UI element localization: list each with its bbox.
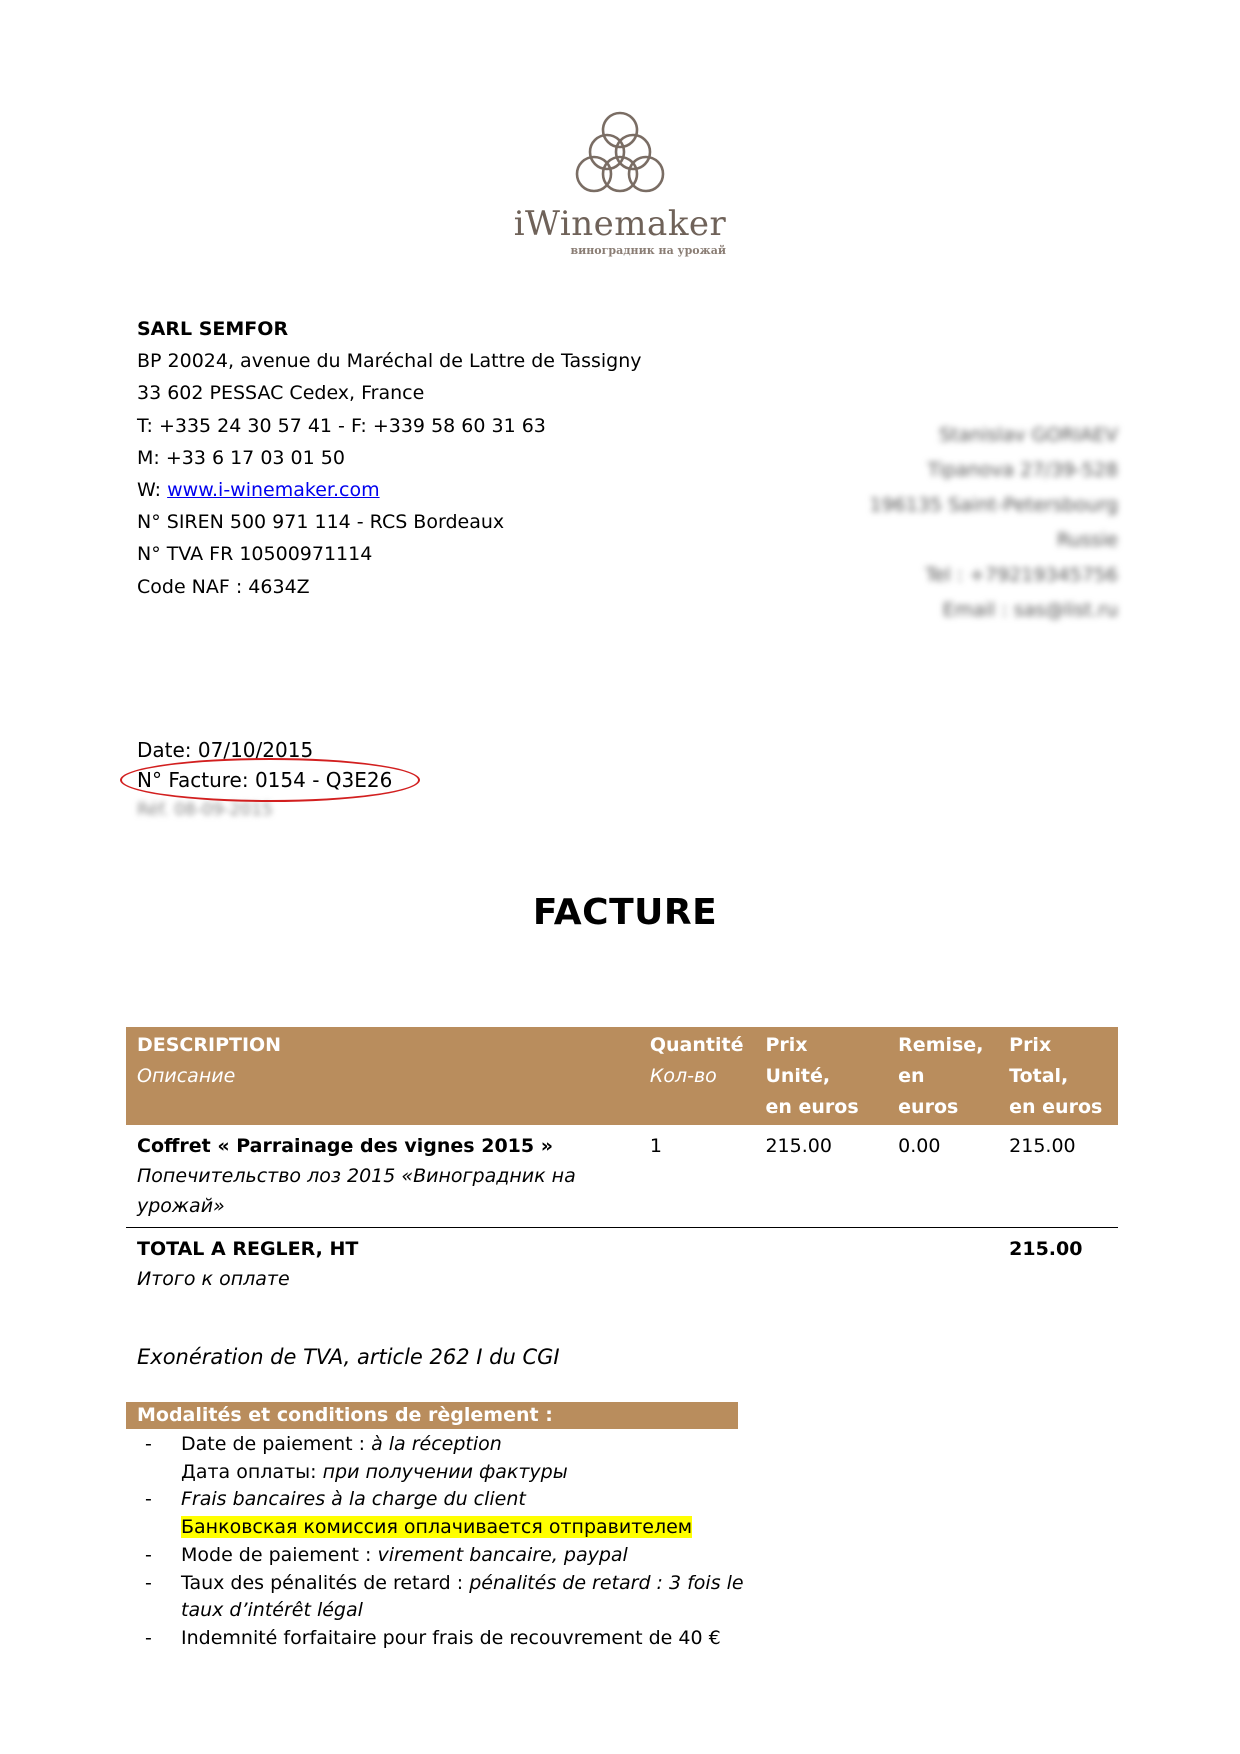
- sender-name: SARL SEMFOR: [137, 313, 642, 345]
- list-item: - Frais bancaires à la charge du client …: [137, 1486, 757, 1541]
- item-total: 215.00: [998, 1125, 1118, 1228]
- invoice-table: DESCRIPTIONОписание QuantitéКол-во Prix …: [126, 1027, 1118, 1300]
- website-link[interactable]: www.i-winemaker.com: [167, 479, 379, 501]
- sender-address-line-1: BP 20024, avenue du Maréchal de Lattre d…: [137, 345, 642, 377]
- interlocking-rings-grape-icon: [565, 110, 675, 206]
- list-item: - Date de paiement : à la réception Дата…: [137, 1431, 757, 1486]
- recipient-address-block-blurred: Stanislav GORIAEV Tipanova 27/39-528 196…: [870, 418, 1118, 628]
- item-description: Coffret « Parrainage des vignes 2015 »По…: [126, 1125, 639, 1228]
- list-item: - Indemnité forfaitaire pour frais de re…: [137, 1625, 757, 1653]
- sender-address-block: SARL SEMFOR BP 20024, avenue du Maréchal…: [137, 313, 642, 603]
- company-logo: iWinemaker виноградник на урожай: [500, 110, 740, 258]
- highlighted-text: Банковская комиссия оплачивается отправи…: [181, 1516, 692, 1538]
- recipient-line: Tipanova 27/39-528: [870, 453, 1118, 488]
- sender-mobile: M: +33 6 17 03 01 50: [137, 442, 642, 474]
- recipient-line: 196135 Saint-Petersbourg: [870, 488, 1118, 523]
- list-item: - Mode de paiement : virement bancaire, …: [137, 1542, 757, 1570]
- table-row: Coffret « Parrainage des vignes 2015 »По…: [126, 1125, 1118, 1228]
- recipient-line: Russie: [870, 523, 1118, 558]
- total-label: TOTAL A REGLER, HTИтого к оплате: [126, 1228, 639, 1301]
- item-quantity: 1: [639, 1125, 755, 1228]
- sender-siren: N° SIREN 500 971 114 - RCS Bordeaux: [137, 506, 642, 538]
- recipient-line: Email : sas@list.ru: [870, 593, 1118, 628]
- brand-tagline: виноградник на урожай: [500, 244, 740, 258]
- table-header-row: DESCRIPTIONОписание QuantitéКол-во Prix …: [126, 1027, 1118, 1125]
- column-header-total-price: Prix Total,en euros: [998, 1027, 1118, 1125]
- total-value: 215.00: [998, 1228, 1118, 1301]
- list-item: - Taux des pénalités de retard : pénalit…: [137, 1570, 757, 1625]
- brand-name: iWinemaker: [500, 204, 740, 244]
- recipient-line: Tel : +79219345756: [870, 558, 1118, 593]
- invoice-number-highlight-circle: [120, 758, 420, 802]
- sender-phone-fax: T: +335 24 30 57 41 - F: +339 58 60 31 6…: [137, 410, 642, 442]
- column-header-quantity: QuantitéКол-во: [639, 1027, 755, 1125]
- payment-terms-heading: Modalités et conditions de règlement :: [126, 1402, 738, 1429]
- item-discount: 0.00: [887, 1125, 998, 1228]
- sender-tva: N° TVA FR 10500971114: [137, 538, 642, 570]
- column-header-discount: Remise,en euros: [887, 1027, 998, 1125]
- column-header-unit-price: Prix Unité,en euros: [754, 1027, 887, 1125]
- sender-website: W: www.i-winemaker.com: [137, 474, 642, 506]
- table-total-row: TOTAL A REGLER, HTИтого к оплате 215.00: [126, 1228, 1118, 1301]
- website-label: W:: [137, 479, 167, 501]
- sender-address-line-2: 33 602 PESSAC Cedex, France: [137, 377, 642, 409]
- column-header-description: DESCRIPTIONОписание: [126, 1027, 639, 1125]
- vat-exemption-note: Exonération de TVA, article 262 I du CGI: [137, 1345, 560, 1369]
- document-title: FACTURE: [0, 892, 1240, 933]
- recipient-line: Stanislav GORIAEV: [870, 418, 1118, 453]
- payment-terms-list: - Date de paiement : à la réception Дата…: [137, 1431, 757, 1653]
- item-unit-price: 215.00: [754, 1125, 887, 1228]
- sender-naf: Code NAF : 4634Z: [137, 571, 642, 603]
